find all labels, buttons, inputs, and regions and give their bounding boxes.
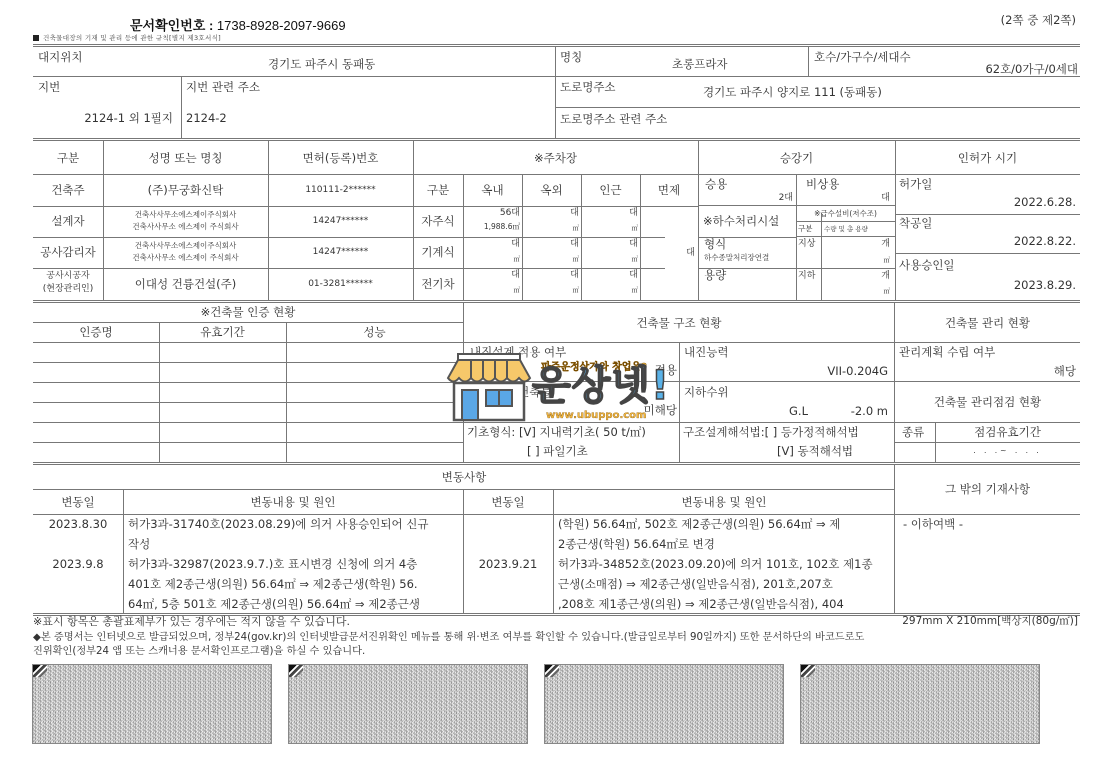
barcode-corner-mark [801,665,815,677]
changes-col-date: 변동일 [463,495,553,509]
divider [33,489,895,490]
change-line: 근생(소매점) ⇒ 제2종근생(일반음식점), 201호,207호 [558,577,833,591]
units-value: 62호/0가구/0세대 [985,62,1078,76]
parking-outdoor-area: ㎡ [573,255,580,263]
parking-indoor-count: 대 [511,270,520,281]
permit-date-value: 2022.6.28. [1014,195,1076,209]
document-number: 문서확인번호 : 1738-8928-2097-9669 [130,15,346,34]
divider [33,268,665,269]
structural-analysis-dynamic: [V] 동적해석법 [777,444,853,458]
parking-indoor-area: ㎡ [514,286,521,294]
permits-title: 인허가 시기 [895,151,1080,165]
divider [895,214,1080,215]
change-date: 2023.8.30 [33,517,123,531]
cert-header-period: 유효기간 [159,325,286,339]
inspection-period-value: . . .~ . . . [935,446,1080,455]
footer-note-2: ◆본 증명서는 인터넷으로 발급되었으며, 정부24(gov.kr)의 인터넷발… [33,632,864,645]
party-license: 01-3281****** [268,279,413,290]
divider [698,268,895,269]
management-plan-value: 해당 [1054,364,1076,378]
building-name-label: 명칭 [560,50,582,64]
lot-value: 2124-1 외 1필지 [84,111,173,125]
lot-related-label: 지번 관련 주소 [186,80,260,94]
permit-date-label: 허가일 [899,177,932,191]
change-line: 허가3과-34852호(2023.09.20)에 의거 101호, 102호 제… [558,557,873,571]
form-reference: 건축물대장의 기재 및 관리 등에 관한 규칙[별지 제3호서식] [33,33,221,42]
verification-barcode [544,664,784,744]
cert-header-name: 인증명 [33,325,159,339]
verification-barcode [32,664,272,744]
footer-note-1: ※표시 항목은 총괄표제부가 있는 경우에는 적지 않을 수 있습니다. [33,615,350,629]
parking-outdoor-count: 대 [570,239,579,250]
party-name: (주)무궁화신탁 [103,183,268,197]
water-below-volume: ㎡ [884,287,891,295]
other-notes-title: 그 밖의 기재사항 [895,482,1080,496]
management-plan-label: 관리계획 수립 여부 [899,345,995,359]
water-below-count: 개 [881,271,890,282]
divider [796,236,895,237]
divider [33,322,463,323]
party-name-alt: 건축사사무소 에스제이 주식회사 [103,253,268,262]
parking-nearby-area: ㎡ [632,286,639,294]
watermark-brand: 운상넷! [532,366,670,406]
divider [33,362,463,363]
party-license: 110111-2****** [268,185,413,196]
change-line: 2종근생(학원) 56.64㎡로 변경 [558,537,715,551]
parking-indoor-area: 1,988.6㎡ [484,222,520,231]
change-line: 401호 제2종근생(의원) 56.64㎡ ⇒ 제2종근생(학원) 56. [128,577,418,591]
water-above-count: 개 [881,239,890,250]
divider [33,514,1080,515]
parking-title: ※주차장 [413,151,698,165]
seismic-capacity-label: 내진능력 [684,345,728,359]
seismic-design-value: 적용 [655,363,677,377]
elevator-emergency-value: 대 [881,193,890,204]
water-above-label: 지상 [798,239,815,250]
management-title: 건축물 관리 현황 [895,316,1080,330]
change-line: ,208호 제1종근생(의원) ⇒ 제2종근생(일반음식점), 404 [558,597,844,611]
water-col-type: 구분 [798,224,813,233]
approval-date-label: 사용승인일 [899,258,955,272]
divider [33,76,1080,77]
document-number-label: 문서확인번호 : [130,18,217,33]
divider [33,422,1080,423]
road-related-label: 도로명주소 관련 주소 [560,112,667,126]
water-col-volume: 수량 및 총 용량 [824,225,868,233]
parking-header: 인근 [581,183,640,197]
certification-title: ※건축물 인증 현황 [33,305,463,319]
divider [159,322,160,462]
party-name: 건축사사무소에스제이주식회사 [103,241,268,250]
parking-header: 구분 [413,183,463,197]
inspection-title: 건축물 관리점검 현황 [895,395,1080,409]
parking-outdoor-area: ㎡ [573,286,580,294]
divider [413,206,698,207]
changes-col-content: 변동내용 및 원인 [553,495,895,509]
changes-title: 변동사항 [33,470,895,484]
special-structure-value: 미해당 [644,403,677,417]
groundwater-reference: G.L [789,404,808,418]
parking-nearby-count: 대 [629,270,638,281]
party-role-sub: (현장관리인) [33,284,103,295]
change-line: 작성 [128,537,150,551]
party-role: 건축주 [33,183,103,197]
verification-barcode [800,664,1040,744]
document-number-value: 1738-8928-2097-9669 [217,18,346,33]
divider [808,46,809,76]
party-name: 이대성 건륭건설(주) [103,277,268,291]
parties-header-name: 성명 또는 명칭 [103,151,268,165]
change-date: 2023.9.21 [463,557,553,571]
parties-header-role: 구분 [33,151,103,165]
parties-header-license: 면허(등록)번호 [268,151,413,165]
divider [895,442,1080,443]
foundation-type-pile: [ ] 파일기초 [527,444,588,458]
divider [821,213,822,300]
elevator-passenger-label: 승용 [705,177,727,191]
parking-outdoor-count: 대 [570,270,579,281]
parking-nearby-count: 대 [629,208,638,219]
cert-header-performance: 성능 [286,325,463,339]
groundwater-label: 지하수위 [684,385,728,399]
divider [698,205,895,206]
footer-note-3: 진위확인(정부24 앱 또는 스캐너용 문서확인프로그램)을 하실 수 있습니다… [33,646,365,659]
parking-exempt-value: 대 [686,248,695,259]
divider [895,381,1080,382]
parking-indoor-count: 56대 [500,208,520,219]
building-name-value: 초롱프라자 [672,57,728,71]
divider [33,342,1080,343]
party-license: 14247****** [268,247,413,258]
sewage-capacity-label: 용량 [704,268,726,282]
changes-col-date: 변동일 [33,495,123,509]
verification-barcode [288,664,528,744]
divider [679,342,680,462]
parking-outdoor-area: ㎡ [573,224,580,232]
change-date: 2023.9.8 [33,557,123,571]
barcode-corner-mark [545,665,559,677]
elevator-title: 승강기 [698,151,895,165]
divider [796,174,797,300]
parking-outdoor-count: 대 [570,208,579,219]
top-border [33,44,1080,47]
divider [33,300,1080,303]
parking-nearby-area: ㎡ [632,255,639,263]
watermark-tagline: 파주운정상가와 창업은? [541,358,647,373]
divider [33,174,1080,175]
water-below-label: 지하 [798,271,815,282]
divider [181,76,182,138]
parking-header: 옥내 [463,183,522,197]
start-date-value: 2022.8.22. [1014,234,1076,248]
divider [33,462,1080,465]
sewage-type-value: 하수종말처리장연결 [704,253,769,262]
barcode-corner-mark [33,665,47,677]
changes-col-content: 변동내용 및 원인 [123,495,463,509]
divider [556,107,1080,108]
elevator-emergency-label: 비상용 [806,177,839,191]
divider [555,46,556,138]
divider [33,206,413,207]
divider [33,138,1080,141]
watermark-url: www.ubuppo.com [546,410,646,421]
parking-header: 면제 [640,183,698,197]
lot-label: 지번 [38,80,60,94]
party-role: 설계자 [33,214,103,228]
divider [33,402,463,403]
sewage-title: ※하수처리시설 [703,214,779,228]
approval-date-value: 2023.8.29. [1014,278,1076,292]
road-address-value: 경기도 파주시 양지로 111 (동패동) [703,85,882,99]
party-role: 공사시공자 [33,271,103,282]
divider [895,253,1080,254]
parking-type: 전기차 [413,277,463,291]
other-notes-value: - 이하여백 - [903,517,963,531]
party-name-alt: 건축사사무소 에스제이 주식회사 [103,222,268,231]
lot-related-value: 2124-2 [186,111,227,125]
page-indicator: (2쪽 중 제2쪽) [1001,12,1076,28]
groundwater-value: -2.0 m [851,404,888,418]
foundation-type: 기초형식: [V] 지내력기초( 50 t/㎡) [467,425,646,439]
special-structure-label: 특수구조 건축물 [470,385,551,399]
divider [33,382,463,383]
change-line: 64㎡, 5층 501호 제2종근생(의원) 56.64㎡ ⇒ 제2종근생 [128,597,420,611]
divider [796,221,895,222]
party-name: 건축사사무소에스제이주식회사 [103,210,268,219]
change-line: 허가3과-32987(2023.9.7.)호 표시변경 신청에 의거 4층 [128,557,417,571]
sewage-type-label: 형식 [704,237,726,251]
change-line: (학원) 56.64㎡, 502호 제2종근생(의원) 56.64㎡ ⇒ 제 [558,517,840,531]
parking-nearby-area: ㎡ [632,224,639,232]
inspection-col-period: 점검유효기간 [935,425,1080,439]
water-supply-title: ※급수설비(저수조) [796,209,895,218]
divider [286,322,287,462]
structure-title: 건축물 구조 현황 [463,316,895,330]
barcode-corner-mark [289,665,303,677]
divider [33,237,665,238]
seismic-design-label: 내진설계 적용 여부 [470,345,566,359]
seismic-capacity-value: VII-0.204G [827,364,888,378]
parking-indoor-count: 대 [511,239,520,250]
divider [33,442,463,443]
parking-header: 옥외 [522,183,581,197]
water-above-volume: ㎡ [884,256,891,264]
parking-type: 자주식 [413,214,463,228]
structural-analysis: 구조설계해석법:[ ] 등가정적해석법 [683,425,859,439]
road-address-label: 도로명주소 [560,80,616,94]
party-license: 14247****** [268,216,413,227]
inspection-col-type: 종류 [902,425,924,439]
party-role: 공사감리자 [33,245,103,259]
start-date-label: 착공일 [899,216,932,230]
parking-type: 기계식 [413,245,463,259]
units-label: 호수/가구수/세대수 [814,50,911,64]
change-line: 허가3과-31740호(2023.08.29)에 의거 사용승인되어 신규 [128,517,428,531]
elevator-passenger-value: 2대 [779,193,793,204]
site-location-value: 경기도 파주시 동패동 [268,57,375,71]
parking-nearby-count: 대 [629,239,638,250]
site-location-label: 대지위치 [38,50,82,64]
parking-indoor-area: ㎡ [514,255,521,263]
paper-spec: 297mm X 210mm[백상지(80g/㎡)] [902,615,1078,628]
